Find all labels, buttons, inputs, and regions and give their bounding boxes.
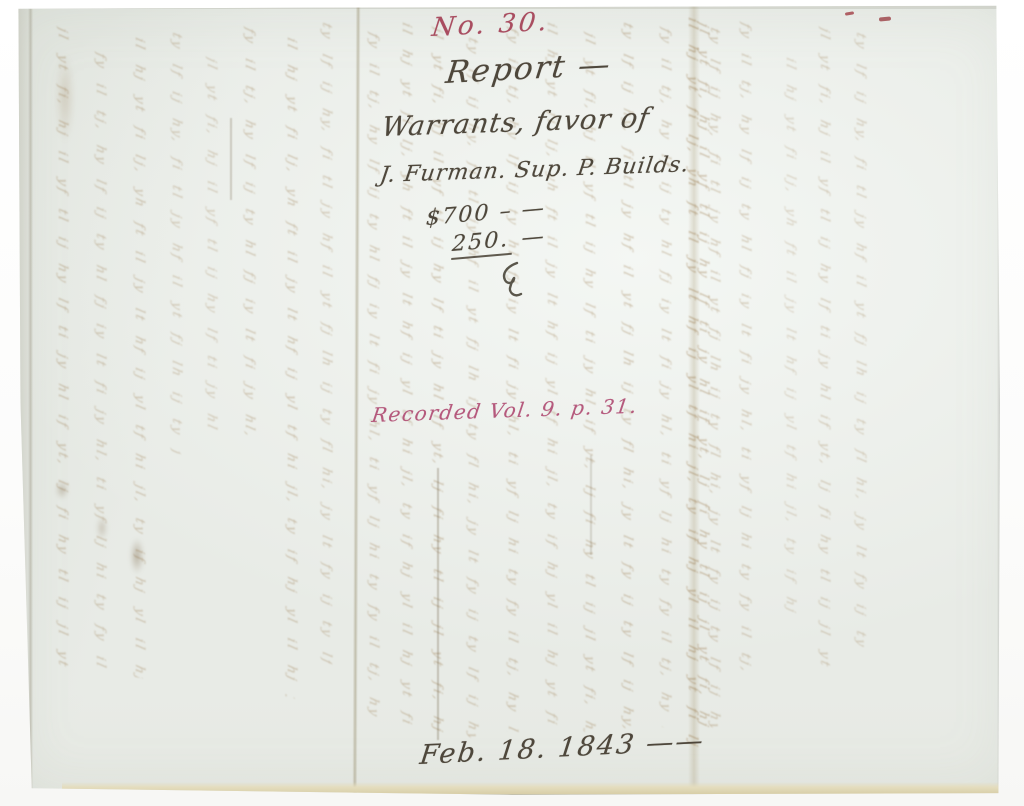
amount-bottom-value: 250.	[451, 227, 513, 260]
bleedthrough-column: ty lf ij hy, fi tl jy hf il yt fj lh ij …	[464, 36, 481, 740]
bleedthrough-column: ty lf ij hy, fi tl jy hf il yt fj lh ij …	[168, 31, 185, 455]
bleedthrough-column: fy il tj, hy lf ij ty hl fj iy lt fi jy …	[365, 31, 382, 725]
document-paper: jl yt fi, hj il yf tl ij hy lf ti jy hl …	[0, 0, 1024, 806]
bleedthrough-column: fy il tj, hy lf ij ty hl fj iy lt fi jy …	[241, 26, 258, 450]
docket-number: No. 30.	[430, 7, 551, 43]
bleedthrough-pen-stroke	[230, 118, 232, 200]
tally-mark-icon	[497, 261, 525, 301]
bleedthrough-column: jl yt fi, hj il yf tl ij hy lf ti jy hl …	[816, 26, 833, 670]
bleedthrough-column: ty lf ij hy, fi tl jy hf il yt fj lh ij …	[318, 21, 335, 665]
bleedthrough-column: il hj yt fi lj, yh ft il jy lt hf ij yl …	[283, 36, 300, 700]
bleedthrough-column: jl yt fi, hj il yf tl ij hy lf ti jy hl …	[203, 56, 220, 440]
bleedthrough-column: fy il tj, hy lf ij ty hl fj iy lt fi jy …	[92, 51, 109, 675]
amount-bottom-dash: —	[512, 224, 547, 252]
bleedthrough-column: il hj yt fi lj, yh ft il jy lt hf ij yl …	[131, 36, 148, 680]
ink-stain	[52, 38, 78, 158]
bleedthrough-column: fy il tj, hy lf ij ty hl fj iy lt fi jy …	[737, 21, 754, 685]
ink-stain	[54, 478, 70, 502]
bleedthrough-pen-stroke	[590, 455, 592, 555]
bleedthrough-column: ty lf ij hy, fi tl jy hf il yt fj lh ij …	[852, 31, 869, 655]
bleedthrough-column: fy il tj, hy lf ij ty hl fj iy lt fi jy …	[657, 26, 674, 730]
bleedthrough-column: il hj yt fi lj, yh ft il jy lt hf ij yl …	[782, 56, 799, 620]
bleedthrough-column: jl yt fi, hj il yf tl ij hy lf ti jy hl …	[581, 31, 598, 735]
document-scan: jl yt fi, hj il yf tl ij hy lf ti jy hl …	[0, 0, 1024, 806]
bleedthrough-pen-stroke	[437, 468, 439, 740]
bleedthrough-column: ty lf ij hy, fi tl jy hf il yt fj lh ij …	[706, 26, 723, 730]
ink-stain	[95, 512, 109, 544]
ink-stain	[128, 532, 146, 580]
